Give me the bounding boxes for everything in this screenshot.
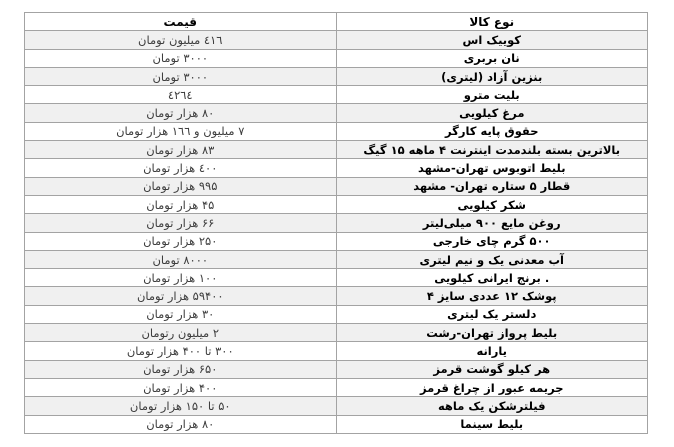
price-cell: ۳۰۰۰ تومان <box>25 49 337 67</box>
item-cell: آب معدنی یک و نیم لیتری <box>336 250 648 268</box>
item-cell: بلیت مترو <box>336 86 648 104</box>
item-cell: هر کیلو گوشت قرمز <box>336 360 648 378</box>
item-cell: روغن مایع ۹۰۰ میلی‌لیتر <box>336 214 648 232</box>
price-cell: ۲ میلیون رتومان <box>25 324 337 342</box>
item-cell: دلستر یک لیتری <box>336 305 648 323</box>
table-header: نوع کالا قیمت <box>25 13 648 31</box>
price-cell: ۴۵ هزار تومان <box>25 195 337 213</box>
price-cell: ۳۰۰ تا ۴۰۰ هزار تومان <box>25 342 337 360</box>
price-cell: ۲۵۰ هزار تومان <box>25 232 337 250</box>
table-row: کوییک اس٤١٦ میلیون تومان <box>25 31 648 49</box>
item-cell: بلیط اتوبوس تهران-مشهد <box>336 159 648 177</box>
column-header-item: نوع کالا <box>336 13 648 31</box>
table-row: . برنج ایرانی کیلویی۱۰۰ هزار تومان <box>25 269 648 287</box>
price-cell: ٤١٦ میلیون تومان <box>25 31 337 49</box>
table-row: بلیط پرواز تهران-رشت۲ میلیون رتومان <box>25 324 648 342</box>
table-row: بلیت مترو٤٢٦٤ <box>25 86 648 104</box>
item-cell: حقوق پایه کارگر <box>336 122 648 140</box>
table-row: بالاترین بسته بلندمدت اینترنت ۴ ماهه ۱۵ … <box>25 141 648 159</box>
table-row: آب معدنی یک و نیم لیتری۸۰۰۰ تومان <box>25 250 648 268</box>
item-cell: بلیط سینما <box>336 415 648 433</box>
table-row: بلیط سینما۸۰ هزار تومان <box>25 415 648 433</box>
table-row: مرغ کیلویی۸۰ هزار تومان <box>25 104 648 122</box>
item-cell: قطار ۵ ستاره تهران- مشهد <box>336 177 648 195</box>
header-row: نوع کالا قیمت <box>25 13 648 31</box>
price-cell: ٤٢٦٤ <box>25 86 337 104</box>
table-row: نان بربری۳۰۰۰ تومان <box>25 49 648 67</box>
price-cell: ۶۵۰ هزار تومان <box>25 360 337 378</box>
table-row: ۵۰۰ گرم چای خارجی۲۵۰ هزار تومان <box>25 232 648 250</box>
price-table-container: نوع کالا قیمت کوییک اس٤١٦ میلیون توماننا… <box>24 12 648 434</box>
price-cell: ۷ میلیون و ١٦٦ هزار تومان <box>25 122 337 140</box>
price-cell: ۵۰ تا ۱۵۰ هزار تومان <box>25 397 337 415</box>
price-cell: ۳۰۰۰ تومان <box>25 67 337 85</box>
item-cell: بلیط پرواز تهران-رشت <box>336 324 648 342</box>
price-cell: ۴۰۰ هزار تومان <box>25 378 337 396</box>
item-cell: فیلترشکن یک ماهه <box>336 397 648 415</box>
column-header-price: قیمت <box>25 13 337 31</box>
table-body: کوییک اس٤١٦ میلیون توماننان بربری۳۰۰۰ تو… <box>25 31 648 434</box>
price-cell: ۹۹۵ هزار تومان <box>25 177 337 195</box>
price-table: نوع کالا قیمت کوییک اس٤١٦ میلیون توماننا… <box>24 12 648 434</box>
table-row: بنزین آزاد (لیتری)۳۰۰۰ تومان <box>25 67 648 85</box>
table-row: شکر کیلویی۴۵ هزار تومان <box>25 195 648 213</box>
item-cell: پوشک ۱۲ عددی سایز ۴ <box>336 287 648 305</box>
table-row: بلیط اتوبوس تهران-مشهد٤٠٠ هزار تومان <box>25 159 648 177</box>
table-row: دلستر یک لیتری۳۰ هزار تومان <box>25 305 648 323</box>
table-row: قطار ۵ ستاره تهران- مشهد۹۹۵ هزار تومان <box>25 177 648 195</box>
table-row: جریمه عبور از چراغ قرمز۴۰۰ هزار تومان <box>25 378 648 396</box>
price-cell: ۸۰ هزار تومان <box>25 415 337 433</box>
table-row: حقوق پایه کارگر۷ میلیون و ١٦٦ هزار تومان <box>25 122 648 140</box>
price-cell: ۸۳ هزار تومان <box>25 141 337 159</box>
table-row: هر کیلو گوشت قرمز۶۵۰ هزار تومان <box>25 360 648 378</box>
item-cell: جریمه عبور از چراغ قرمز <box>336 378 648 396</box>
item-cell: بنزین آزاد (لیتری) <box>336 67 648 85</box>
item-cell: بالاترین بسته بلندمدت اینترنت ۴ ماهه ۱۵ … <box>336 141 648 159</box>
item-cell: ۵۰۰ گرم چای خارجی <box>336 232 648 250</box>
item-cell: شکر کیلویی <box>336 195 648 213</box>
item-cell: نان بربری <box>336 49 648 67</box>
price-cell: ۱۰۰ هزار تومان <box>25 269 337 287</box>
price-cell: ۸۰۰۰ تومان <box>25 250 337 268</box>
table-row: فیلترشکن یک ماهه۵۰ تا ۱۵۰ هزار تومان <box>25 397 648 415</box>
item-cell: یارانه <box>336 342 648 360</box>
item-cell: مرغ کیلویی <box>336 104 648 122</box>
table-row: یارانه۳۰۰ تا ۴۰۰ هزار تومان <box>25 342 648 360</box>
price-cell: ۶۶ هزار تومان <box>25 214 337 232</box>
item-cell: کوییک اس <box>336 31 648 49</box>
price-cell: ۵۹۴۰۰ هزار تومان <box>25 287 337 305</box>
price-cell: ٤٠٠ هزار تومان <box>25 159 337 177</box>
price-cell: ۳۰ هزار تومان <box>25 305 337 323</box>
item-cell: . برنج ایرانی کیلویی <box>336 269 648 287</box>
price-cell: ۸۰ هزار تومان <box>25 104 337 122</box>
table-row: پوشک ۱۲ عددی سایز ۴۵۹۴۰۰ هزار تومان <box>25 287 648 305</box>
table-row: روغن مایع ۹۰۰ میلی‌لیتر۶۶ هزار تومان <box>25 214 648 232</box>
price-table-page: نوع کالا قیمت کوییک اس٤١٦ میلیون توماننا… <box>0 0 674 447</box>
